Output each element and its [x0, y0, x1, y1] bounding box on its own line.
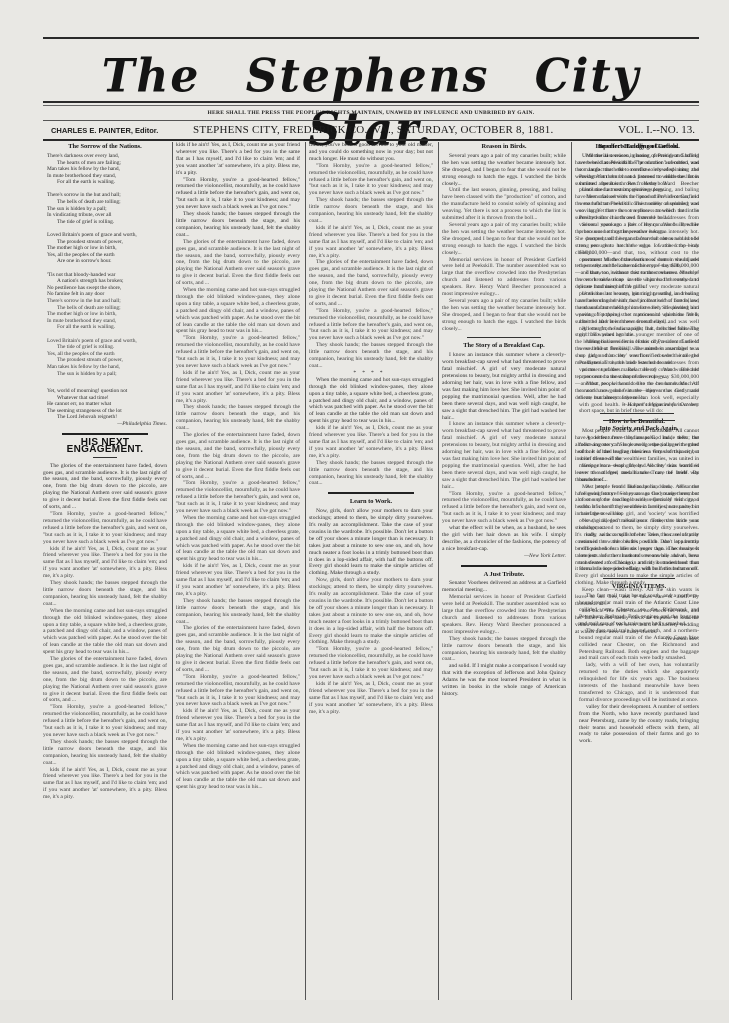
story-text: They shook hands; the basses stepped thr… — [176, 598, 300, 626]
poem-line: The tide of grief is rolling. — [47, 344, 167, 351]
volume-number: VOL. I.--NO. 13. — [618, 124, 695, 136]
poem-line: Yet, world of mourning! question not — [47, 388, 167, 395]
story-text: They shook hands; the basses stepped thr… — [309, 342, 433, 370]
story-text: kids if he ain't! Yes, as I, Dick, count… — [309, 225, 433, 260]
story-text: "Tom Hornby, you're a good-hearted fello… — [176, 177, 300, 212]
story-text: fiddle; you've been a good servant to yo… — [309, 142, 433, 163]
article-text: The fast mail train bound south, and a n… — [579, 593, 699, 628]
poem-line: Yes, all the peoples of the earth — [47, 252, 167, 259]
story-text: kids if he ain't! Yes, as I, Dick, count… — [309, 425, 433, 460]
article-text: "Tom Hornby, you're a good-hearted fello… — [309, 646, 433, 681]
column-6: Beecher's Eulogy on Garfield. Memorial s… — [579, 142, 699, 1002]
dateline: CHARLES E. PAINTER, Editor. STEPHENS CIT… — [43, 124, 699, 138]
poem-line: 'Tis not that bloody-handed war — [47, 272, 167, 279]
story-text: They shook hands; the basses stepped thr… — [176, 211, 300, 239]
story-text: "Tom Hornby, you're a good-hearted fello… — [176, 335, 300, 370]
poem-line: The bells of death are tolling; — [47, 305, 167, 312]
section-rule — [603, 420, 675, 421]
poem-line: Man takes his fellow by the hand, — [47, 364, 167, 371]
article-text: Memorial services in honor of President … — [442, 257, 566, 298]
poem-line: Whatever that sad time! — [47, 395, 167, 402]
article-text: Memorial services in honor of President … — [579, 194, 699, 235]
column-4: Reason in Birds. Several years ago a pai… — [442, 142, 566, 1002]
poem-line: Are one in sorrow's hour. — [47, 258, 167, 265]
poem-line: For all the earth is wailing. — [47, 179, 167, 186]
article-text: They shook hands; the basses stepped thr… — [442, 636, 566, 664]
article-text: I know an instance this summer where a c… — [579, 270, 699, 339]
page-margin — [0, 1000, 729, 1023]
story-text: They shook hands; the basses stepped thr… — [309, 460, 433, 488]
poem-line: A nation's strength has broken; — [47, 278, 167, 285]
article-text: Memorial services in honor of President … — [579, 153, 699, 194]
story-text: When the morning came and hot sun-rays s… — [309, 377, 433, 425]
motto-rule — [43, 120, 699, 121]
article-source: —New York Letter. — [442, 553, 566, 560]
article-text: lady, with a will of her own, has volunt… — [579, 532, 699, 573]
article-text: valley for their development. A number o… — [579, 704, 699, 745]
article-title: Beecher's Eulogy on Garfield. — [579, 144, 699, 151]
article-text: Memorial services in honor of President … — [442, 594, 566, 635]
article-text: A letter from Indianapolis, Ind., tells … — [579, 435, 699, 483]
story-text: When the morning came and hot sun-rays s… — [176, 287, 300, 335]
section-rule — [461, 565, 548, 567]
story-text: They shook hands; the basses stepped thr… — [176, 404, 300, 432]
dateline-rule — [43, 139, 699, 141]
section-rule — [467, 337, 541, 338]
poem-body: There's darkness over every land, The he… — [43, 153, 167, 421]
poem-source: —Philadelphia Times. — [43, 421, 167, 428]
article-text: Several years ago a pair of my canaries … — [442, 222, 566, 257]
story-text: They shook hands; the basses stepped thr… — [43, 739, 167, 767]
article-text: Most people would like to be handsome. A… — [579, 381, 699, 416]
story-text: "Tom Hornby, you're a good-hearted fello… — [176, 674, 300, 709]
article-text: Several years ago a pair of my canaries … — [442, 153, 566, 188]
article-title: Reason in Birds. — [442, 144, 566, 151]
poem-line: There's sorrow in the hut and hall; — [47, 298, 167, 305]
poem-line: The sun is hidden by a pall; — [47, 371, 167, 378]
story-text: The glories of the entertainment have fa… — [43, 463, 167, 511]
poem-line: There's darkness over every land, — [47, 153, 167, 160]
section-rule — [328, 492, 415, 494]
title-word: Stephens — [246, 49, 490, 103]
poem-line: The tide of grief is rolling. — [47, 219, 167, 226]
poem-line: No famine felt in any door — [47, 291, 167, 298]
story-text: "Tom Hornby, you're a good-hearted fello… — [309, 308, 433, 343]
masthead-bottom-rule — [43, 101, 699, 106]
poem-line: Man takes his fellow by the hand, — [47, 166, 167, 173]
poem-line: In mute brotherhood they stand, — [47, 173, 167, 180]
article-title: Into Society and Back Again. — [579, 426, 699, 433]
poem-line: The bells of death are tolling; — [47, 199, 167, 206]
story-headline: HIS NEXT ENGAGEMENT. — [43, 440, 167, 454]
poem-line: The mother high or low in birth, — [47, 311, 167, 318]
article-text: Memorial services in honor of President … — [579, 339, 699, 380]
poem-line: The mother high or low in birth, — [47, 245, 167, 252]
story-text: They shook hands; the basses stepped thr… — [309, 197, 433, 225]
story-text: kids if he ain't! Yes, as I, Dick, count… — [176, 708, 300, 743]
article-text: I know an instance this summer where a c… — [442, 352, 566, 421]
article-title: The Story of a Breakfast Cap. — [442, 343, 566, 350]
story-text: kids if he ain't! Yes, as I, Dick, count… — [43, 767, 167, 802]
article-text: what the effect will be when, as a husba… — [442, 525, 566, 553]
article-text: Until the last season, ginning, pressing… — [442, 187, 566, 222]
article-columns: The Sorrow of the Nations. There's darkn… — [43, 142, 699, 1002]
article-text: Now, girls, don't allow your mothers to … — [309, 508, 433, 577]
story-text: When the morning came and hot sun-rays s… — [176, 515, 300, 563]
story-text: The glories of the entertainment have fa… — [176, 239, 300, 287]
article-text: I know an instance this summer where a c… — [442, 421, 566, 490]
editor-name: CHARLES E. PAINTER, Editor. — [51, 126, 158, 135]
article-text: kids if he ain't! Yes, as I, Dick, count… — [309, 681, 433, 716]
article-text: Now, girls, don't allow your mothers to … — [309, 577, 433, 646]
poem-line: The proudest stream of power, — [47, 239, 167, 246]
motto: HERE SHALL THE PRESS THE PEOPLE'S RIGHTS… — [43, 110, 699, 116]
poem-line: The proudest stream of power, — [47, 357, 167, 364]
article-text: The fast mail train bound south, and a n… — [579, 628, 699, 663]
story-text: kids if he ain't! Yes, as I, Dick, count… — [176, 142, 300, 177]
poem-line: In vindicating tribute, over all — [47, 212, 167, 219]
story-text: They shook hands; the basses stepped thr… — [43, 580, 167, 608]
poem-line: The seeming strangeness of the lot — [47, 408, 167, 415]
title-word: The — [102, 49, 201, 103]
section-separator: **** — [309, 370, 433, 377]
article-text: Several years ago a pair of my canaries … — [442, 298, 566, 333]
section-rule — [62, 433, 149, 435]
story-text: "Tom Hornby, you're a good-hearted fello… — [309, 163, 433, 198]
story-text: When the morning came and hot sun-rays s… — [176, 743, 300, 791]
poem-title: The Sorrow of the Nations. — [43, 144, 167, 151]
article-title: Learn to Work. — [309, 499, 433, 506]
story-text: The glories of the entertainment have fa… — [43, 656, 167, 704]
poem-continuation: There's sorrow in the hut and hall; The … — [47, 298, 167, 388]
story-text: "Tom Hornby, you're a good-hearted fello… — [43, 511, 167, 546]
poem-line: In mute brotherhood they stand, — [47, 318, 167, 325]
article-text: A letter from Indianapolis, Ind., tells … — [579, 484, 699, 532]
story-text: The glories of the entertainment have fa… — [309, 259, 433, 307]
column-2: kids if he ain't! Yes, as I, Dick, count… — [176, 142, 300, 1002]
poem-line: The sun is hidden by a pall; — [47, 206, 167, 213]
headline-rule — [93, 457, 118, 458]
story-text: The glories of the entertainment have fa… — [176, 432, 300, 480]
date-place: STEPHENS CITY, FREDERICK CO., VA., SATUR… — [193, 124, 553, 136]
article-title: A Just Tribute. — [442, 572, 566, 579]
story-text: "Tom Hornby, you're a good-hearted fello… — [176, 480, 300, 515]
column-1: The Sorrow of the Nations. There's darkn… — [43, 142, 167, 1002]
newspaper-page: The Stephens City Star. HERE SHALL THE P… — [43, 0, 699, 1023]
article-text: and solid. If I might make a comparison … — [442, 663, 566, 698]
story-text: When the morning came and hot sun-rays s… — [43, 608, 167, 656]
poem-line: Loved Britain's poem of grace and worth, — [47, 232, 167, 239]
article-text: "Tom Hornby, you're a good-hearted fello… — [442, 491, 566, 526]
story-text: kids if he ain't! Yes, as I, Dick, count… — [43, 546, 167, 581]
story-text: The glories of the entertainment have fa… — [176, 625, 300, 673]
article-text: portment of the manufacture of cotton wo… — [579, 236, 699, 271]
poem-line: For all the earth is wailing. — [47, 324, 167, 331]
section-rule — [603, 578, 675, 579]
story-text: "Tom Hornby, you're a good-hearted fello… — [43, 704, 167, 739]
story-text: kids if he ain't! Yes, as I, Dick, count… — [176, 370, 300, 405]
column-3: fiddle; you've been a good servant to yo… — [309, 142, 433, 1002]
poem-line: The Lord Jehovah reigneth! — [47, 414, 167, 421]
title-word: City — [535, 49, 641, 103]
poem-line: He cannot err, no matter what — [47, 401, 167, 408]
masthead-top-rule — [43, 37, 699, 39]
article-text: Senator Voorhees delivered an address at… — [442, 580, 566, 594]
article-title: VIRGINIA ITEMS. — [579, 584, 699, 591]
article-text: lady, with a will of her own, has volunt… — [579, 662, 699, 703]
story-text: kids if he ain't! Yes, as I, Dick, count… — [176, 563, 300, 598]
